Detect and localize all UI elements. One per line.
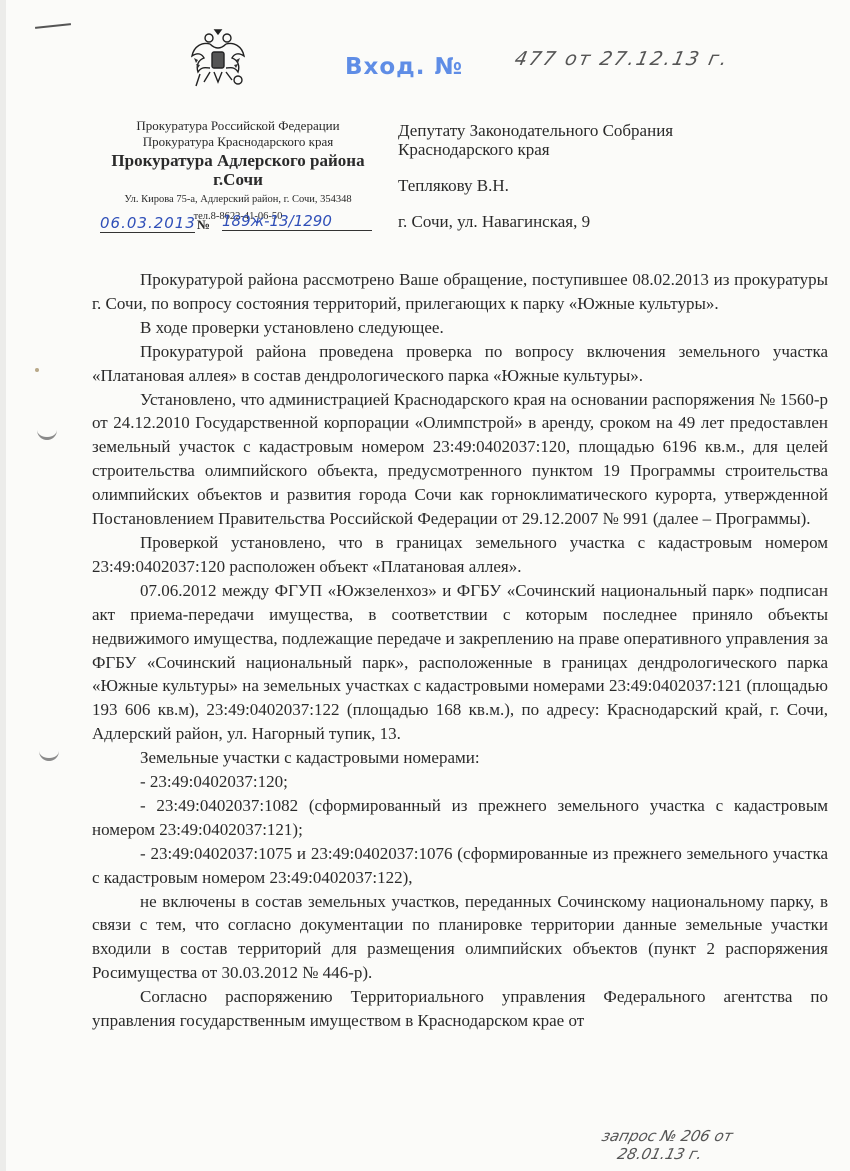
number-sign: № bbox=[197, 217, 210, 233]
sender-address: Ул. Кирова 75-а, Адлерский район, г. Соч… bbox=[88, 193, 388, 207]
addressee-title-1: Депутату Законодательного Собрания bbox=[398, 121, 778, 140]
body-paragraph: 07.06.2012 между ФГУП «Южзеленхоз» и ФГБ… bbox=[92, 579, 828, 746]
body-paragraph: Земельные участки с кадастровыми номерам… bbox=[92, 746, 828, 770]
incoming-stamp-label: Вход. № bbox=[345, 54, 463, 80]
sender-org-name: Прокуратура Адлерского района bbox=[88, 151, 388, 170]
letter-body: Прокуратурой района рассмотрено Ваше обр… bbox=[92, 268, 828, 1033]
coat-of-arms-icon bbox=[188, 28, 248, 94]
punch-hole-mark bbox=[39, 748, 59, 761]
handwritten-note-line-1: запрос № 206 от bbox=[600, 1127, 735, 1145]
body-paragraph: Установлено, что администрацией Краснода… bbox=[92, 388, 828, 531]
body-paragraph: Проверкой установлено, что в границах зе… bbox=[92, 531, 828, 579]
margin-pen-mark bbox=[35, 23, 71, 29]
outgoing-number: 189ж-13/1290 bbox=[222, 212, 372, 231]
sender-line-1: Прокуратура Российской Федерации bbox=[88, 118, 388, 134]
handwritten-note-line-2: 28.01.13 г. bbox=[596, 1145, 731, 1163]
scan-edge bbox=[0, 0, 6, 1171]
outgoing-number-row: 06.03.2013 № 189ж-13/1290 bbox=[100, 214, 370, 236]
sender-line-2: Прокуратура Краснодарского края bbox=[88, 134, 388, 150]
scanned-letter-page: Прокуратура Российской Федерации Прокура… bbox=[0, 0, 850, 1171]
body-list-item: - 23:49:0402037:1075 и 23:49:0402037:107… bbox=[92, 842, 828, 890]
scan-speck bbox=[35, 368, 39, 372]
addressee-name: Теплякову В.Н. bbox=[398, 176, 778, 195]
body-list-item: - 23:49:0402037:1082 (сформированный из … bbox=[92, 794, 828, 842]
handwritten-note: запрос № 206 от 28.01.13 г. bbox=[596, 1127, 735, 1163]
sender-block: Прокуратура Российской Федерации Прокура… bbox=[88, 118, 388, 224]
addressee-block: Депутату Законодательного Собрания Красн… bbox=[398, 121, 778, 231]
addressee-address: г. Сочи, ул. Навагинская, 9 bbox=[398, 212, 778, 231]
body-list-item: - 23:49:0402037:120; bbox=[92, 770, 828, 794]
body-paragraph: В ходе проверки установлено следующее. bbox=[92, 316, 828, 340]
incoming-stamp-handwritten: 477 от 27.12.13 г. bbox=[513, 48, 731, 70]
body-paragraph: Прокуратурой района проведена проверка п… bbox=[92, 340, 828, 388]
body-paragraph: не включены в состав земельных участков,… bbox=[92, 890, 828, 986]
sender-city: г.Сочи bbox=[88, 170, 388, 189]
body-paragraph: Согласно распоряжению Территориального у… bbox=[92, 985, 828, 1033]
addressee-title-2: Краснодарского края bbox=[398, 140, 778, 159]
punch-hole-mark bbox=[37, 427, 57, 440]
outgoing-date: 06.03.2013 bbox=[100, 214, 195, 233]
body-paragraph: Прокуратурой района рассмотрено Ваше обр… bbox=[92, 268, 828, 316]
